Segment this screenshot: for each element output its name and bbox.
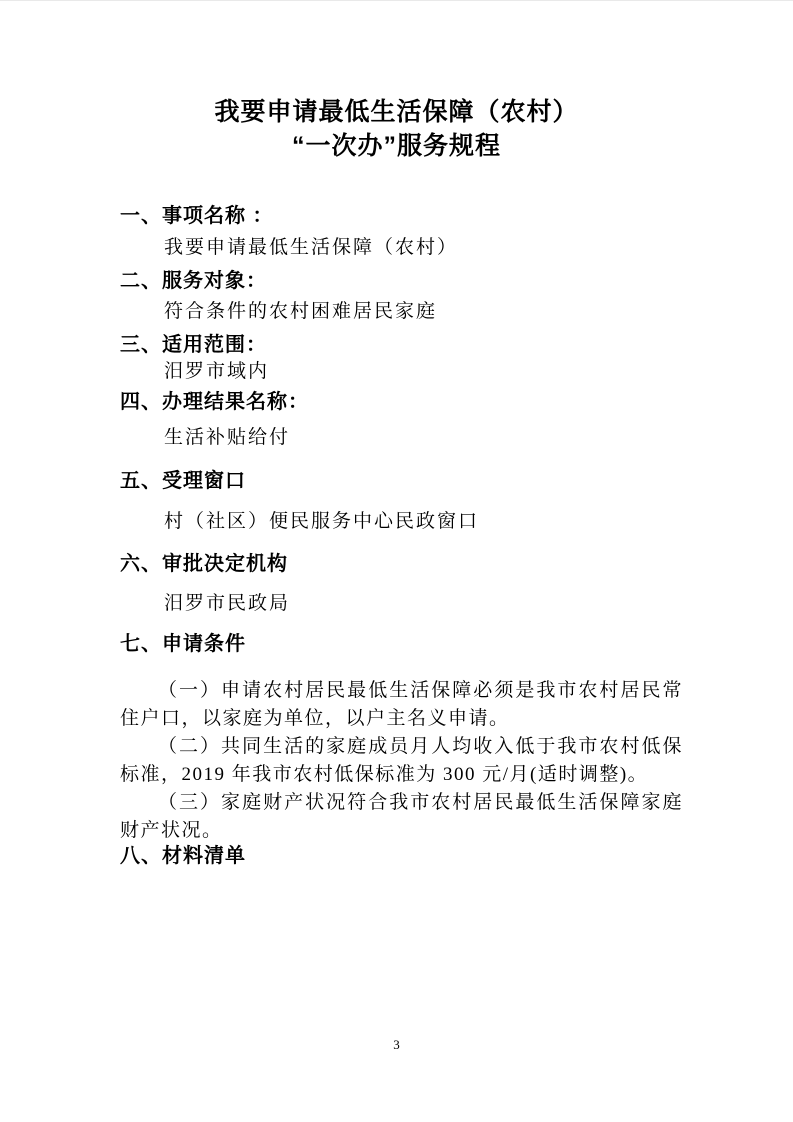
document-page: 我要申请最低生活保障（农村） “一次办”服务规程 一、事项名称 ： 我要申请最低…: [0, 0, 793, 1122]
section-service-target: 二、服务对象： 符合条件的农村困难居民家庭: [120, 270, 683, 324]
section-4-body: 生活补贴给付: [120, 426, 683, 450]
section-3-body: 汨罗市域内: [120, 360, 683, 384]
paragraph-condition-1: （一）申请农村居民最低生活保障必须是我市农村居民常住户口，以家庭为单位，以户主名…: [120, 677, 683, 733]
section-8-heading: 八、材料清单: [120, 845, 683, 867]
section-5-heading: 五、受理窗口: [120, 470, 683, 492]
document-title: 我要申请最低生活保障（农村） “一次办”服务规程: [0, 1, 793, 163]
section-accept-window: 五、受理窗口 村（社区）便民服务中心民政窗口: [120, 470, 683, 534]
section-approval-agency: 六、审批决定机构 汨罗市民政局: [120, 553, 683, 616]
document-body: 一、事项名称 ： 我要申请最低生活保障（农村） 二、服务对象： 符合条件的农村困…: [120, 205, 683, 867]
section-1-body: 我要申请最低生活保障（农村）: [120, 236, 683, 260]
document-title-line1: 我要申请最低生活保障（农村）: [0, 95, 793, 129]
section-6-body: 汨罗市民政局: [120, 592, 683, 616]
page-number: 3: [0, 1037, 793, 1053]
section-2-body: 符合条件的农村困难居民家庭: [120, 300, 683, 324]
section-item-name: 一、事项名称 ： 我要申请最低生活保障（农村）: [120, 205, 683, 260]
section-apply-conditions: 七、申请条件 （一）申请农村居民最低生活保障必须是我市农村居民常住户口，以家庭为…: [120, 633, 683, 845]
document-title-line2: “一次办”服务规程: [0, 129, 793, 163]
section-2-heading: 二、服务对象：: [120, 270, 683, 292]
section-7-paragraphs: （一）申请农村居民最低生活保障必须是我市农村居民常住户口，以家庭为单位，以户主名…: [120, 677, 683, 845]
section-4-heading: 四、办理结果名称：: [120, 391, 683, 413]
section-3-heading: 三、适用范围：: [120, 334, 683, 356]
section-7-heading: 七、申请条件: [120, 633, 683, 655]
section-6-heading: 六、审批决定机构: [120, 553, 683, 575]
section-1-heading: 一、事项名称 ：: [120, 205, 683, 227]
section-result-name: 四、办理结果名称： 生活补贴给付: [120, 391, 683, 450]
section-5-body: 村（社区）便民服务中心民政窗口: [120, 510, 683, 534]
paragraph-condition-2: （二）共同生活的家庭成员月人均收入低于我市农村低保标准，2019 年我市农村低保…: [120, 733, 683, 789]
section-material-list: 八、材料清单: [120, 845, 683, 867]
paragraph-condition-3: （三）家庭财产状况符合我市农村居民最低生活保障家庭财产状况。: [120, 789, 683, 845]
section-scope: 三、适用范围： 汨罗市域内: [120, 334, 683, 384]
